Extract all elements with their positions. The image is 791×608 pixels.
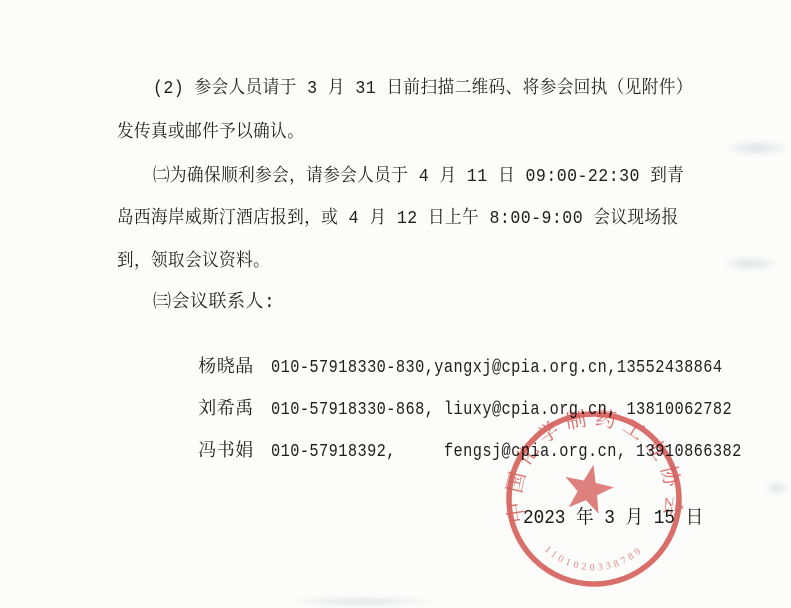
contact-name: 杨晓晶 — [198, 357, 254, 379]
stamp-serial-text: 1101020338789 — [542, 544, 646, 573]
contact-row: 冯书娟010-57918392, fengsj@cpia.org.cn, 139… — [153, 419, 791, 485]
official-stamp: 中国化学制药工业协会 1101020338789 — [494, 399, 694, 599]
scan-artifact — [724, 257, 776, 270]
contact-name: 刘希禹 — [198, 399, 254, 421]
scan-artifact — [292, 597, 432, 606]
document-date: 2023 年 3 月 15 日 — [523, 502, 703, 529]
paragraph-line: 到，领取会议资料。 — [117, 251, 270, 273]
paragraph-line: (2) 参会人员请于 3 月 31 日前扫描二维码、将参会回执（见附件） — [153, 78, 693, 100]
section-heading: ㈢会议联系人: — [153, 292, 275, 314]
scanned-document-page: (2) 参会人员请于 3 月 31 日前扫描二维码、将参会回执（见附件） 发传真… — [0, 0, 791, 608]
paragraph-line: ㈡为确保顺利参会，请参会人员于 4 月 11 日 09:00-22:30 到青 — [153, 166, 684, 188]
paragraph-line: 发传真或邮件予以确认。 — [117, 122, 304, 144]
svg-text:1101020338789: 1101020338789 — [542, 544, 646, 573]
paragraph-line: 岛西海岸威斯汀酒店报到，或 4 月 12 日上午 8:00-9:00 会议现场报 — [117, 208, 679, 230]
contact-name: 冯书娟 — [198, 441, 254, 463]
contact-info: 010-57918330-830,yangxj@cpia.org.cn,1355… — [271, 357, 723, 379]
scan-artifact — [728, 141, 786, 155]
